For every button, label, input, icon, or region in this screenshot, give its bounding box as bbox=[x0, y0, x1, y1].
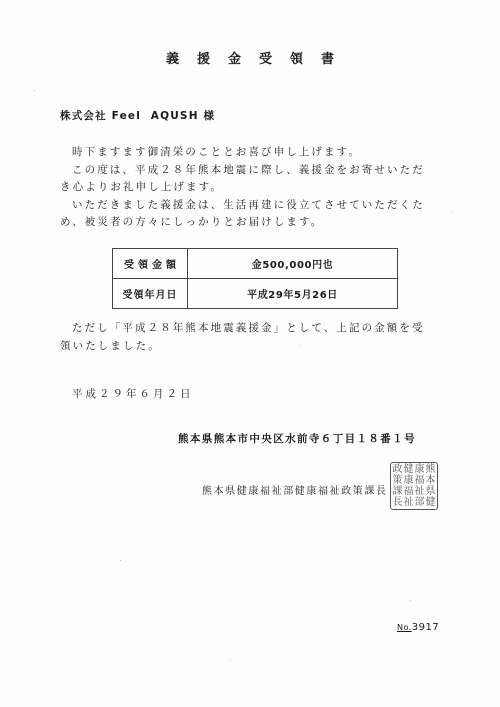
issuer-name: 熊本県健康福祉部健康福祉政策課長 bbox=[202, 482, 388, 497]
receipt-date-value: 平成29年5月26日 bbox=[188, 279, 398, 309]
number-value: 3917 bbox=[412, 622, 439, 633]
seal-char: 健 bbox=[425, 497, 436, 508]
seal-char: 康 bbox=[403, 475, 414, 486]
seal-char: 福 bbox=[414, 475, 425, 486]
seal-char: 長 bbox=[392, 497, 403, 508]
usage-paragraph: いただきました義援金は、生活再建に役立てさせていただくため、被災者の方々にしっか… bbox=[60, 197, 432, 232]
seal-char: 策 bbox=[392, 475, 403, 486]
seal-char: 県 bbox=[425, 486, 436, 497]
seal-char: 祉 bbox=[403, 497, 414, 508]
thanks-paragraph: この度は、平成２８年熊本地震に際し、義援金をお寄せいただき心よりお礼申し上げます… bbox=[60, 162, 432, 197]
seal-char: 政 bbox=[392, 464, 403, 475]
receipt-date-label: 受領年月日 bbox=[113, 279, 188, 309]
closing-text: ただし「平成２８年熊本地震義援金」として、上記の金額を受領いたしました。 bbox=[60, 320, 432, 355]
number-prefix: No. bbox=[397, 623, 412, 632]
scan-speck bbox=[120, 560, 121, 561]
scan-speck bbox=[34, 90, 35, 91]
table-row-date: 受領年月日 平成29年5月26日 bbox=[113, 279, 398, 309]
document-page: 義援金受領書 株式会社 Feel AQUSH 様 時下ますます御清栄のこととお喜… bbox=[0, 0, 500, 707]
document-number: No.3917 bbox=[397, 622, 439, 633]
seal-char: 康 bbox=[414, 464, 425, 475]
scan-speck bbox=[230, 660, 231, 661]
seal-char: 祉 bbox=[414, 486, 425, 497]
amount-value: 金500,000円也 bbox=[188, 249, 398, 279]
seal-char: 部 bbox=[414, 497, 425, 508]
document-title: 義援金受領書 bbox=[0, 48, 500, 67]
closing-paragraph: ただし「平成２８年熊本地震義援金」として、上記の金額を受領いたしました。 bbox=[60, 320, 432, 355]
addressee: 株式会社 Feel AQUSH 様 bbox=[60, 108, 215, 123]
receipt-table: 受領金額 金500,000円也 受領年月日 平成29年5月26日 bbox=[112, 248, 398, 309]
seal-char: 健 bbox=[403, 464, 414, 475]
seal-char: 課 bbox=[392, 486, 403, 497]
table-row-amount: 受領金額 金500,000円也 bbox=[113, 249, 398, 279]
issuer-address: 熊本県熊本市中央区水前寺６丁目１８番１号 bbox=[178, 431, 416, 446]
issue-date: 平成２９年６月２日 bbox=[72, 386, 194, 401]
scan-speck bbox=[410, 600, 411, 601]
seal-char: 本 bbox=[425, 475, 436, 486]
seal-char: 福 bbox=[403, 486, 414, 497]
body-text: 時下ますます御清栄のこととお喜び申し上げます。 この度は、平成２８年熊本地震に際… bbox=[60, 144, 432, 232]
scan-speck bbox=[452, 212, 453, 213]
amount-label: 受領金額 bbox=[113, 249, 188, 279]
seal-char: 熊 bbox=[425, 464, 436, 475]
greeting-paragraph: 時下ますます御清栄のこととお喜び申し上げます。 bbox=[60, 144, 432, 162]
official-seal-stamp: 熊 本 県 健 康 福 祉 部 健 康 福 祉 政 策 課 長 bbox=[390, 462, 438, 510]
